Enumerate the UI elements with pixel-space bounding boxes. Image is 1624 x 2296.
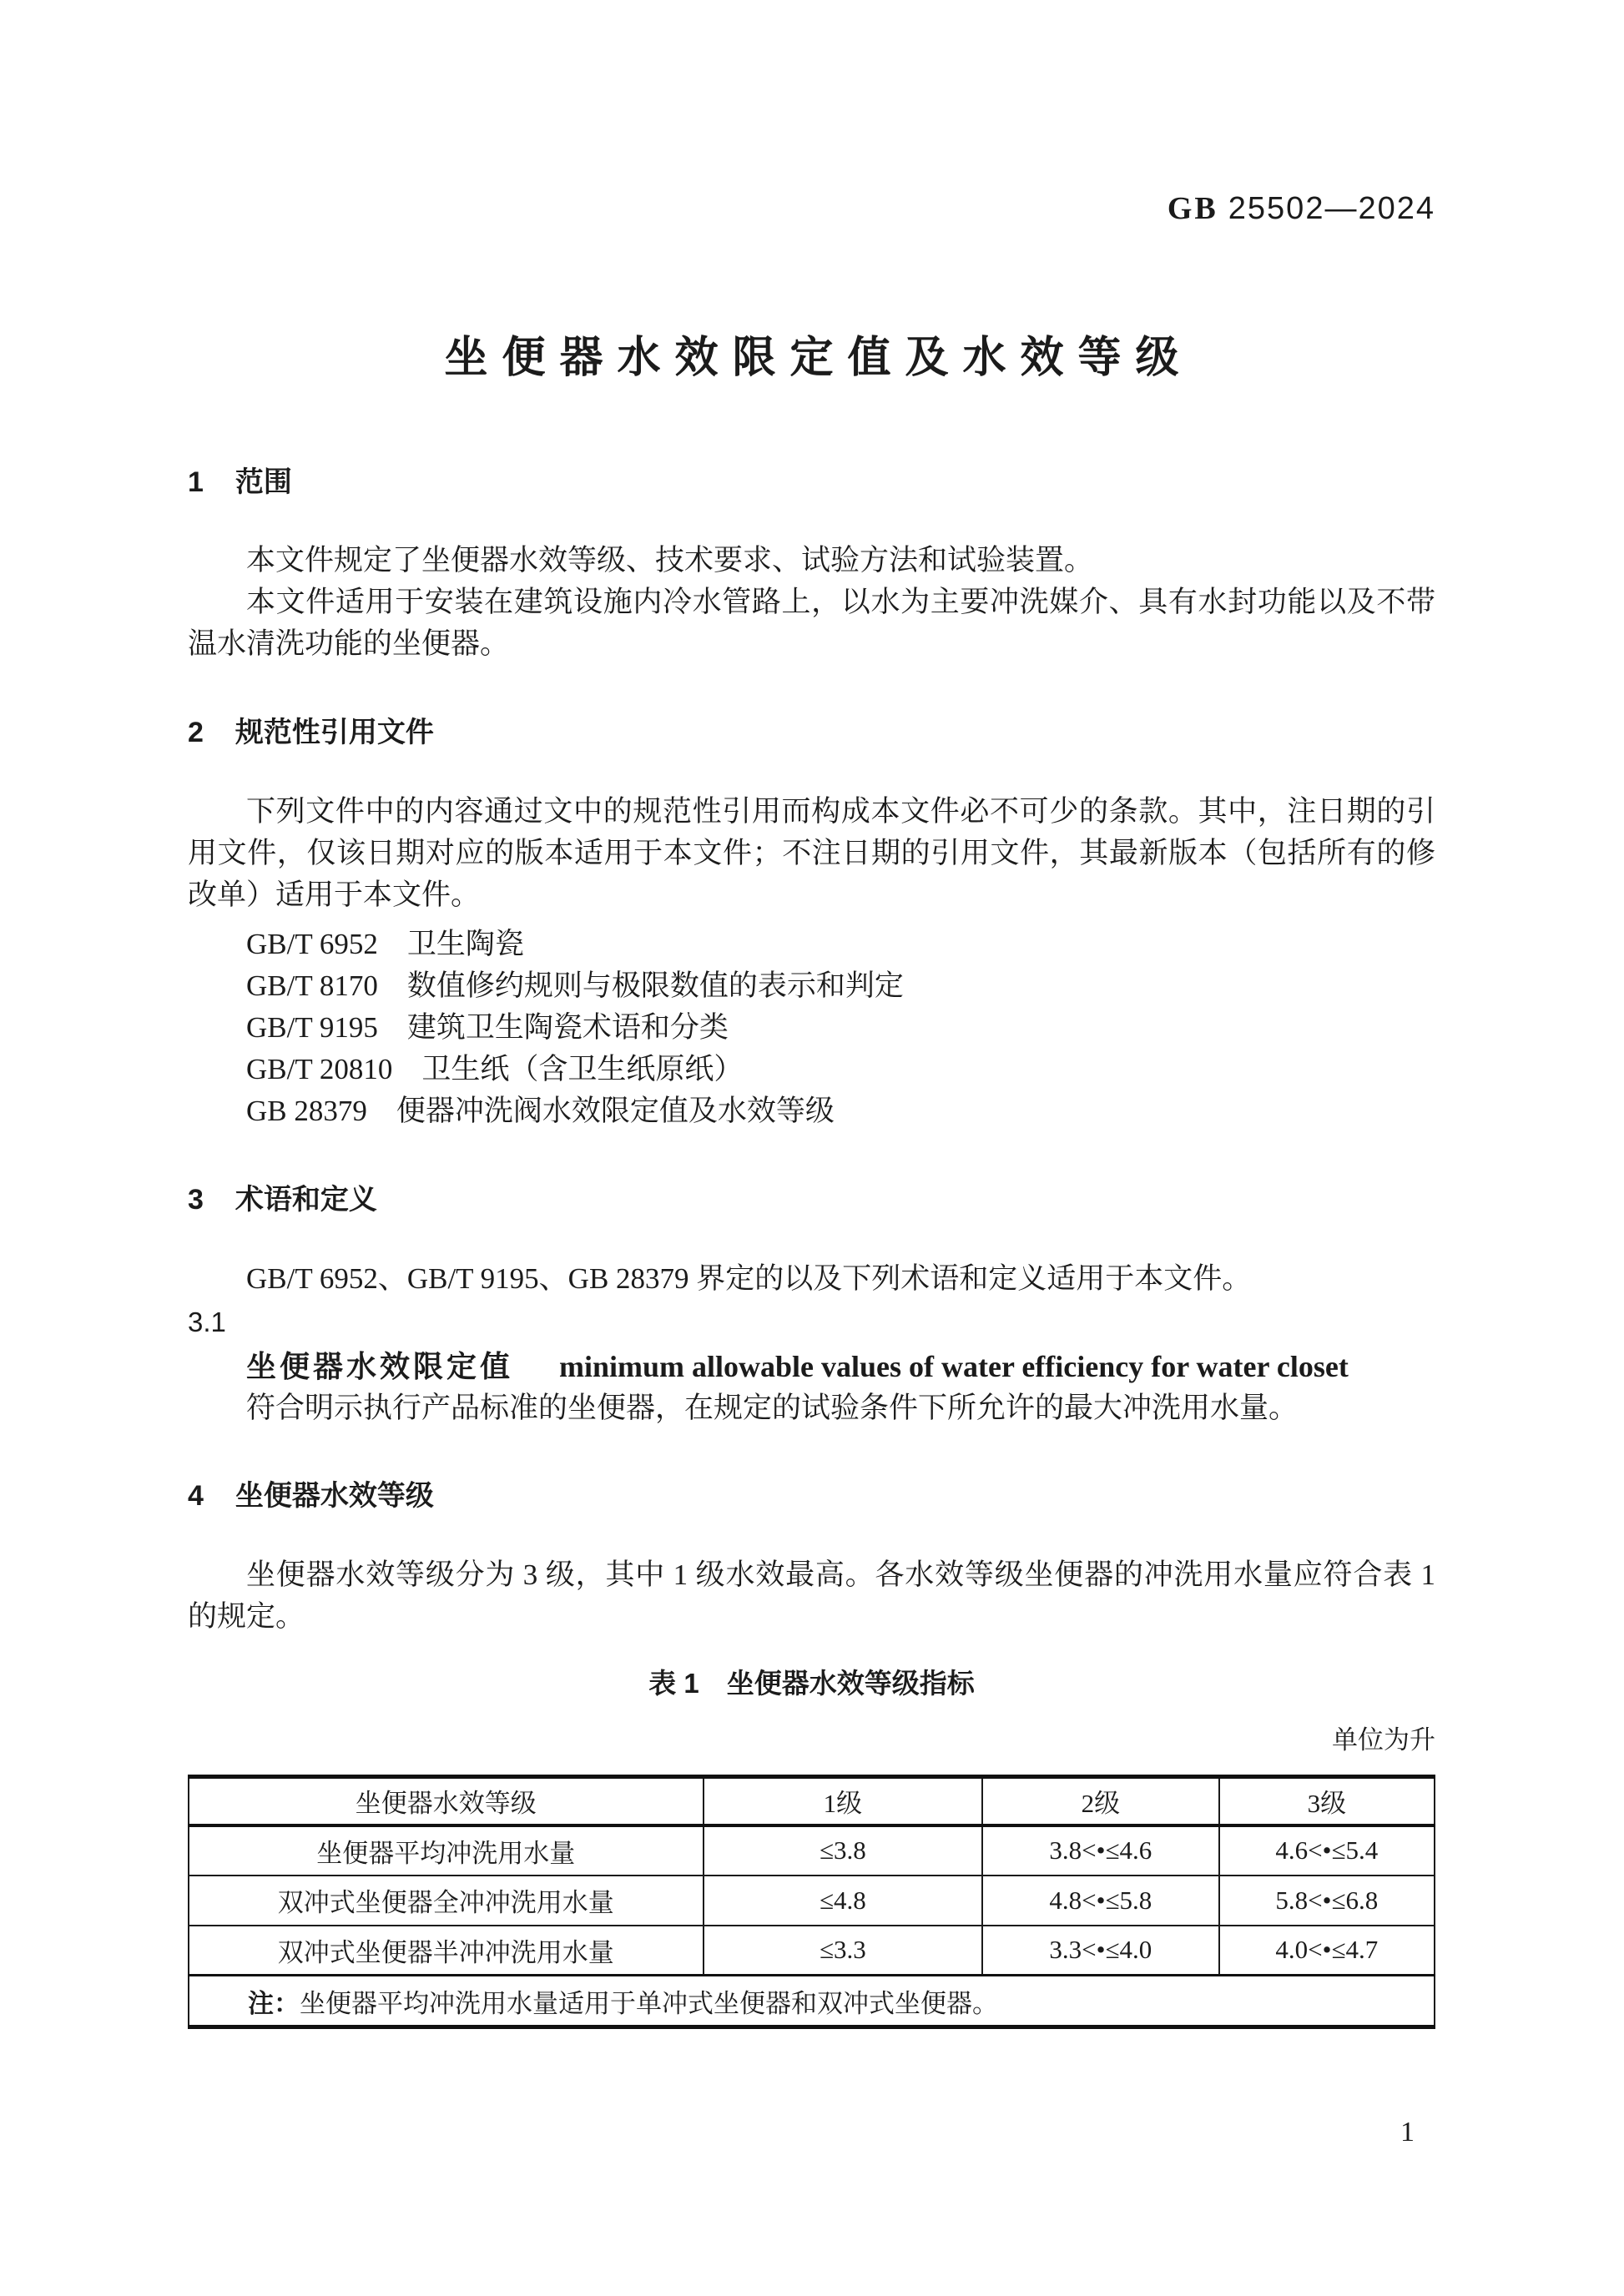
document-page: GB25502—2024 坐便器水效限定值及水效等级 1范围 本文件规定了坐便器… xyxy=(0,0,1624,2296)
note-label: 注： xyxy=(248,1989,300,2018)
cell-value: 4.8<•≤5.8 xyxy=(982,1876,1219,1926)
cell-value: ≤4.8 xyxy=(704,1876,982,1926)
table-row: 双冲式坐便器半冲冲洗用水量 ≤3.3 3.3<•≤4.0 4.0<•≤4.7 xyxy=(189,1926,1435,1976)
table-row: 双冲式坐便器全冲冲洗用水量 ≤4.8 4.8<•≤5.8 5.8<•≤6.8 xyxy=(189,1876,1435,1926)
paragraph-scope-1: 本文件规定了坐便器水效等级、技术要求、试验方法和试验装置。 xyxy=(188,540,1435,582)
section-title: 规范性引用文件 xyxy=(235,717,434,748)
section-title: 坐便器水效等级 xyxy=(235,1480,434,1512)
reference-item: GB/T 9195 建筑卫生陶瓷术语和分类 xyxy=(246,1007,1435,1049)
section-title: 术语和定义 xyxy=(235,1184,377,1216)
term-definition: 符合明示执行产品标准的坐便器，在规定的试验条件下所允许的最大冲洗用水量。 xyxy=(188,1387,1435,1429)
paragraph-grades: 坐便器水效等级分为 3 级，其中 1 级水效最高。各水效等级坐便器的冲洗用水量应… xyxy=(188,1554,1435,1638)
section-number: 4 xyxy=(188,1480,204,1512)
table-header-row: 坐便器水效等级 1级 2级 3级 xyxy=(189,1777,1435,1825)
table-unit-label: 单位为升 xyxy=(188,1724,1435,1757)
section-heading-terms-definitions: 3术语和定义 xyxy=(188,1181,1435,1218)
reference-item: GB/T 6952 卫生陶瓷 xyxy=(246,924,1435,965)
cell-value: 3.8<•≤4.6 xyxy=(982,1825,1219,1876)
paragraph-scope-2: 本文件适用于安装在建筑设施内冷水管路上，以水为主要冲洗媒介、具有水封功能以及不带… xyxy=(188,582,1435,665)
row-label: 双冲式坐便器半冲冲洗用水量 xyxy=(189,1926,704,1976)
page-number: 1 xyxy=(1400,2114,1415,2151)
table-row: 坐便器平均冲洗用水量 ≤3.8 3.8<•≤4.6 4.6<•≤5.4 xyxy=(189,1825,1435,1876)
water-efficiency-grade-table: 坐便器水效等级 1级 2级 3级 坐便器平均冲洗用水量 ≤3.8 3.8<•≤4… xyxy=(188,1775,1435,2029)
table-caption: 表 1 坐便器水效等级指标 xyxy=(188,1665,1435,1702)
column-header-grade: 坐便器水效等级 xyxy=(189,1777,704,1825)
term-chinese: 坐便器水效限定值 xyxy=(246,1349,513,1383)
cell-value: ≤3.8 xyxy=(704,1825,982,1876)
section-heading-normative-references: 2规范性引用文件 xyxy=(188,714,1435,751)
section-heading-efficiency-grades: 4坐便器水效等级 xyxy=(188,1478,1435,1514)
standard-code-number: 25502—2024 xyxy=(1228,191,1435,226)
section-title: 范围 xyxy=(235,466,292,498)
paragraph-references-intro: 下列文件中的内容通过文中的规范性引用而构成本文件必不可少的条款。其中，注日期的引… xyxy=(188,791,1435,916)
section-number: 2 xyxy=(188,717,204,748)
cell-value: 4.6<•≤5.4 xyxy=(1219,1825,1435,1876)
cell-value: 4.0<•≤4.7 xyxy=(1219,1926,1435,1976)
reference-list: GB/T 6952 卫生陶瓷 GB/T 8170 数值修约规则与极限数值的表示和… xyxy=(188,924,1435,1132)
column-header-grade1: 1级 xyxy=(704,1777,982,1825)
standard-code-prefix: GB xyxy=(1168,191,1218,226)
cell-value: 3.3<•≤4.0 xyxy=(982,1926,1219,1976)
reference-item: GB 28379 便器冲洗阀水效限定值及水效等级 xyxy=(246,1090,1435,1132)
paragraph-terms-intro: GB/T 6952、GB/T 9195、GB 28379 界定的以及下列术语和定… xyxy=(188,1258,1435,1300)
reference-item: GB/T 8170 数值修约规则与极限数值的表示和判定 xyxy=(246,965,1435,1007)
document-body: 坐便器水效限定值及水效等级 1范围 本文件规定了坐便器水效等级、技术要求、试验方… xyxy=(0,0,1624,2029)
table-note-row: 注：坐便器平均冲洗用水量适用于单冲式坐便器和双冲式坐便器。 xyxy=(189,1976,1435,2027)
column-header-grade2: 2级 xyxy=(982,1777,1219,1825)
cell-value: 5.8<•≤6.8 xyxy=(1219,1876,1435,1926)
reference-item: GB/T 20810 卫生纸（含卫生纸原纸） xyxy=(246,1049,1435,1090)
note-text: 坐便器平均冲洗用水量适用于单冲式坐便器和双冲式坐便器。 xyxy=(300,1989,998,2018)
term-entry: 坐便器水效限定值minimum allowable values of wate… xyxy=(188,1346,1435,1387)
term-english: minimum allowable values of water effici… xyxy=(559,1350,1349,1383)
row-label: 双冲式坐便器全冲冲洗用水量 xyxy=(189,1876,704,1926)
standard-code: GB25502—2024 xyxy=(1168,189,1435,229)
document-title: 坐便器水效限定值及水效等级 xyxy=(188,332,1435,384)
section-number: 1 xyxy=(188,466,204,498)
row-label: 坐便器平均冲洗用水量 xyxy=(189,1825,704,1876)
clause-number: 3.1 xyxy=(188,1302,1435,1343)
section-heading-scope: 1范围 xyxy=(188,464,1435,501)
table-note: 注：坐便器平均冲洗用水量适用于单冲式坐便器和双冲式坐便器。 xyxy=(189,1976,1435,2027)
section-number: 3 xyxy=(188,1184,204,1216)
column-header-grade3: 3级 xyxy=(1219,1777,1435,1825)
cell-value: ≤3.3 xyxy=(704,1926,982,1976)
